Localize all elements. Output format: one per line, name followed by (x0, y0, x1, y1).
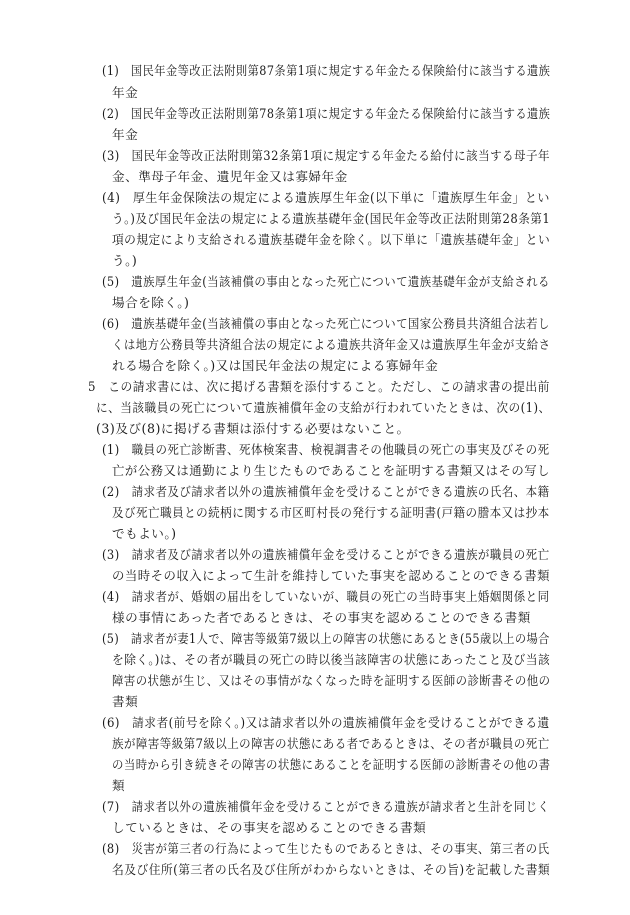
document-text-line: 族が障害等級第7級以上の障害の状態にある者であるときは、その者が職員の死亡 (112, 737, 550, 751)
document-text-line: 5 この請求書には、次に掲げる書類を添付すること。ただし、この請求書の提出前 (88, 380, 550, 394)
document-text-line: (3) 国民年金等改正法附則第32条第1項に規定する年金たる給付に該当する母子年 (102, 149, 550, 163)
document-text-line: を除く。)は、その者が職員の死亡の時以後当該障害の状態にあったこと及び当該 (112, 653, 550, 667)
document-text-line: の当時その収入によって生計を維持していた事実を認めることのできる書類 (112, 569, 550, 583)
document-text-line: う。) (112, 254, 137, 268)
document-text-line: でもよい。) (112, 527, 177, 541)
document-text-line: (7) 請求者以外の遺族補償年金を受けることができる遺族が請求者と生計を同じく (102, 800, 550, 814)
document-text-line: 年金 (112, 86, 138, 100)
document-text-line: (1) 国民年金等改正法附則第87条第1項に規定する年金たる保険給付に該当する遺… (102, 64, 550, 78)
document-text-line: に、当該職員の死亡について遺族補償年金の支給が行われていたときは、次の(1)、 (96, 401, 551, 415)
document-text-line: 場合を除く。) (112, 296, 189, 310)
document-text-line: (3)及び(8)に掲げる書類は添付する必要はないこと。 (96, 422, 410, 436)
document-text-line: 書類 (112, 695, 138, 709)
document-text-line: 障害の状態が生じ、又はその事情がなくなった時を証明する医師の診断書その他の (112, 674, 550, 688)
document-text-line: 項の規定により支給される遺族基礎年金を除く。以下単に「遺族基礎年金」とい (112, 233, 550, 247)
document-text-line: (1) 職員の死亡診断書、死体検案書、検視調書その他職員の死亡の事実及びその死 (102, 443, 550, 457)
document-text-line: (8) 災害が第三者の行為によって生じたものであるときは、その事実、第三者の氏 (102, 842, 550, 856)
document-text-line: 及び死亡職員との続柄に関する市区町村長の発行する証明書(戸籍の謄本又は抄本 (112, 506, 550, 520)
document-text-line: 名及び住所(第三者の氏名及び住所がわからないときは、その旨)を記載した書類 (112, 863, 550, 877)
document-text-line: れる場合を除く。)又は国民年金法の規定による寡婦年金 (112, 359, 438, 373)
document-text-line: (5) 遺族厚生年金(当該補償の事由となった死亡について遺族基礎年金が支給される (102, 275, 550, 289)
document-text-line: の当時から引き続きその障害の状態にあることを証明する医師の診断書その他の書 (112, 758, 550, 772)
document-text-line: しているときは、その事実を認めることのできる書類 (112, 821, 426, 835)
document-text-line: 様の事情にあった者であるときは、その事実を認めることのできる書類 (112, 611, 531, 625)
document-text-line: (4) 請求者が、婚姻の届出をしていないが、職員の死亡の当時事実上婚姻関係と同 (102, 590, 550, 604)
document-text-line: (2) 請求者及び請求者以外の遺族補償年金を受けることができる遺族の氏名、本籍 (102, 485, 550, 499)
document-text-line: くは地方公務員等共済組合法の規定による遺族共済年金又は遺族厚生年金が支給さ (112, 338, 550, 352)
document-text-line: (6) 請求者(前号を除く。)又は請求者以外の遺族補償年金を受けることができる遺 (102, 716, 550, 730)
document-text-line: (4) 厚生年金保険法の規定による遺族厚生年金(以下単に「遺族厚生年金」とい (102, 191, 550, 205)
document-text-line: 金、準母子年金、遺児年金又は寡婦年金 (112, 170, 348, 184)
document-text-line: (6) 遺族基礎年金(当該補償の事由となった死亡について国家公務員共済組合法若し (102, 317, 550, 331)
document-text-line: う。)及び国民年金法の規定による遺族基礎年金(国民年金等改正法附則第28条第1 (112, 212, 550, 226)
document-text-line: (5) 請求者が妻1人で、障害等級第7級以上の障害の状態にあるとき(55歳以上の… (102, 632, 550, 646)
document-text-line: (3) 請求者及び請求者以外の遺族補償年金を受けることができる遺族が職員の死亡 (102, 548, 550, 562)
document-text-line: 年金 (112, 128, 138, 142)
document-text-line: (2) 国民年金等改正法附則第78条第1項に規定する年金たる保険給付に該当する遺… (102, 107, 550, 121)
document-text-line: 類 (112, 779, 125, 793)
document-text-line: 亡が公務又は通勤により生じたものであることを証明する書類又はその写し (112, 464, 550, 478)
document-page: (1) 国民年金等改正法附則第87条第1項に規定する年金たる保険給付に該当する遺… (0, 0, 630, 915)
